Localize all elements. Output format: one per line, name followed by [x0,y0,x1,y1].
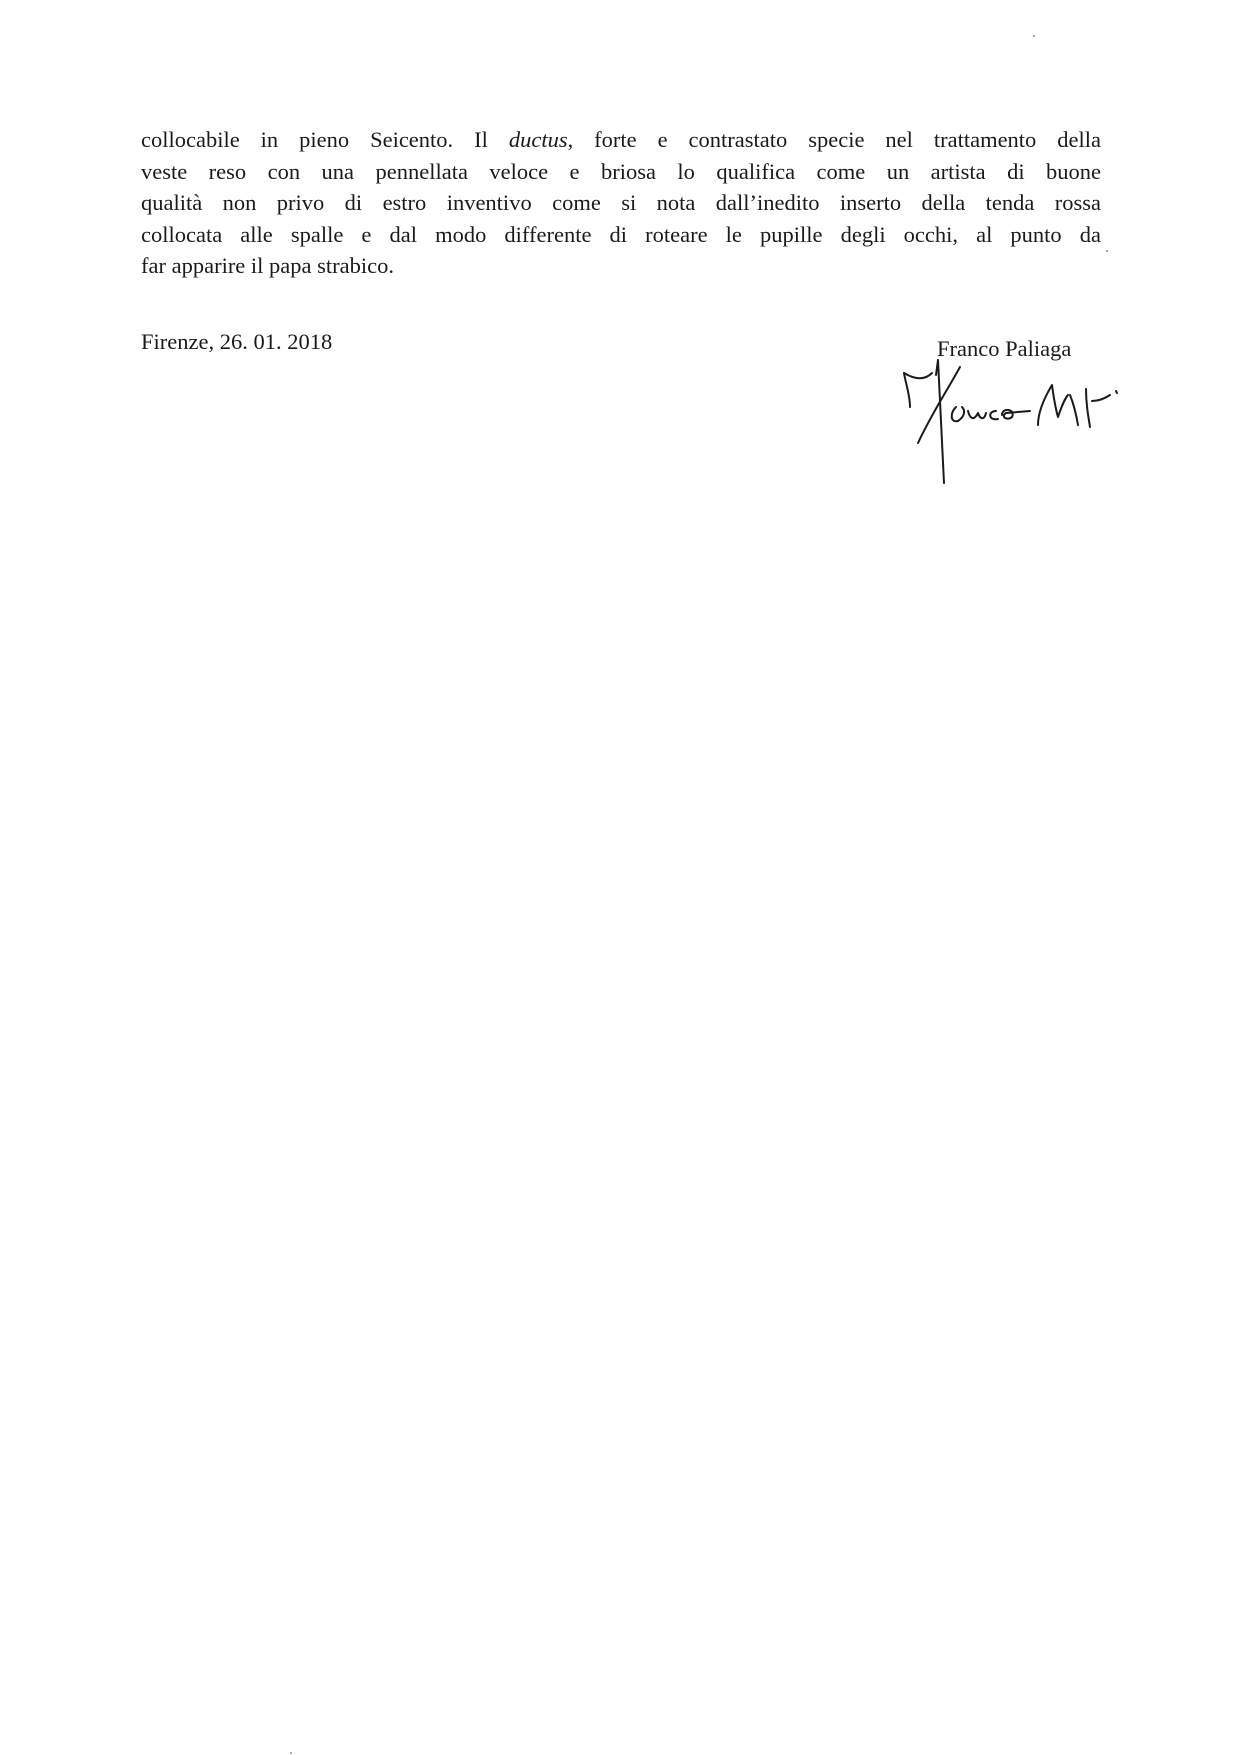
paragraph-line-5: far apparire il papa strabico. [141,250,1101,282]
scan-speck [1106,250,1108,252]
paragraph-line-3: qualità non privo di estro inventivo com… [141,187,1101,219]
handwritten-signature-icon [888,355,1128,485]
scan-speck [1033,35,1035,37]
paragraph-line-2: veste reso con una pennellata veloce e b… [141,156,1101,188]
paragraph-line-1: collocabile in pieno Seicento. Il ductus… [141,124,1101,156]
paragraph-line-4: collocata alle spalle e dal modo differe… [141,219,1101,251]
place-and-date: Firenze, 26. 01. 2018 [141,329,332,355]
body-paragraph: collocabile in pieno Seicento. Il ductus… [141,124,1101,282]
scan-speck [290,1752,292,1754]
line-1-end: , forte e contrastato specie nel trattam… [568,127,1101,152]
line-1-start: collocabile in pieno Seicento. Il [141,127,509,152]
italic-term: ductus [509,127,568,152]
document-page: collocabile in pieno Seicento. Il ductus… [0,0,1244,1755]
